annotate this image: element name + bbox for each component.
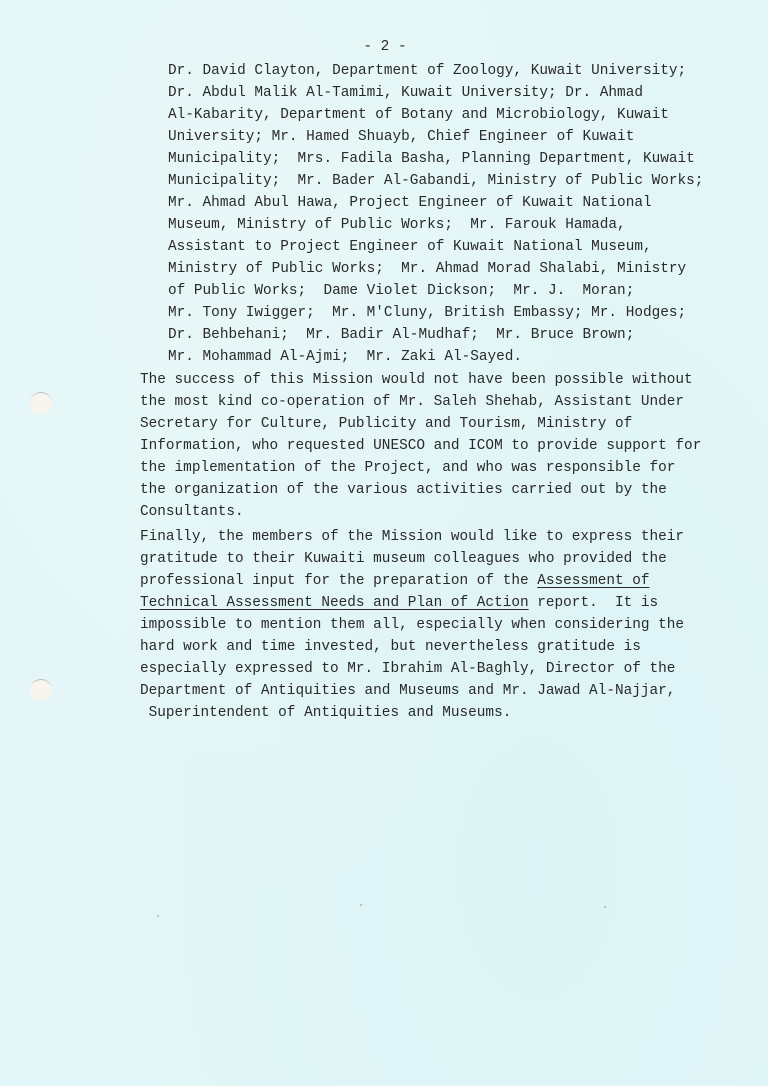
list-line: Dr. David Clayton, Department of Zoology… [168,60,686,82]
list-line: Dr. Abdul Malik Al-Tamimi, Kuwait Univer… [168,82,643,104]
paragraph-line: Finally, the members of the Mission woul… [140,526,684,548]
report-title-underlined: Assessment of [537,573,649,589]
document-page: - 2 - Dr. David Clayton, Department of Z… [0,0,768,1086]
paragraph-line: Department of Antiquities and Museums an… [140,680,675,702]
scan-speck [604,906,606,908]
list-line: Mr. Ahmad Abul Hawa, Project Engineer of… [168,192,652,214]
list-line: Municipality; Mrs. Fadila Basha, Plannin… [168,148,695,170]
scan-speck [157,915,159,917]
list-line: Mr. Mohammad Al-Ajmi; Mr. Zaki Al-Sayed. [168,346,522,368]
list-line: Ministry of Public Works; Mr. Ahmad Mora… [168,258,686,280]
paragraph-line: hard work and time invested, but neverth… [140,636,641,658]
list-line: Museum, Ministry of Public Works; Mr. Fa… [168,214,626,236]
paragraph-line: Technical Assessment Needs and Plan of A… [140,592,658,614]
paragraph-text: report. It is [529,595,659,611]
paragraph-line: Superintendent of Antiquities and Museum… [140,702,511,724]
paragraph-line: the organization of the various activiti… [140,479,667,501]
paragraph-line: gratitude to their Kuwaiti museum collea… [140,548,667,570]
scan-speck [360,904,362,906]
paragraph-text: professional input for the preparation o… [140,573,537,589]
list-line: Dr. Behbehani; Mr. Badir Al-Mudhaf; Mr. … [168,324,634,346]
page-number: - 2 - [0,36,768,58]
paragraph-line: Consultants. [140,501,244,523]
list-line: of Public Works; Dame Violet Dickson; Mr… [168,280,634,302]
paragraph-line: the implementation of the Project, and w… [140,457,675,479]
paragraph-line: especially expressed to Mr. Ibrahim Al-B… [140,658,675,680]
punch-hole-bottom [30,679,52,701]
paragraph-line: The success of this Mission would not ha… [140,369,693,391]
list-line: Al-Kabarity, Department of Botany and Mi… [168,104,669,126]
paragraph-line: professional input for the preparation o… [140,570,650,592]
punch-hole-top [30,392,52,414]
paragraph-line: the most kind co-operation of Mr. Saleh … [140,391,684,413]
list-line: Municipality; Mr. Bader Al-Gabandi, Mini… [168,170,703,192]
paragraph-line: Information, who requested UNESCO and IC… [140,435,701,457]
paragraph-line: Secretary for Culture, Publicity and Tou… [140,413,632,435]
list-line: University; Mr. Hamed Shuayb, Chief Engi… [168,126,634,148]
list-line: Mr. Tony Iwigger; Mr. M'Cluny, British E… [168,302,686,324]
report-title-underlined: Technical Assessment Needs and Plan of A… [140,595,529,611]
list-line: Assistant to Project Engineer of Kuwait … [168,236,652,258]
paragraph-line: impossible to mention them all, especial… [140,614,684,636]
